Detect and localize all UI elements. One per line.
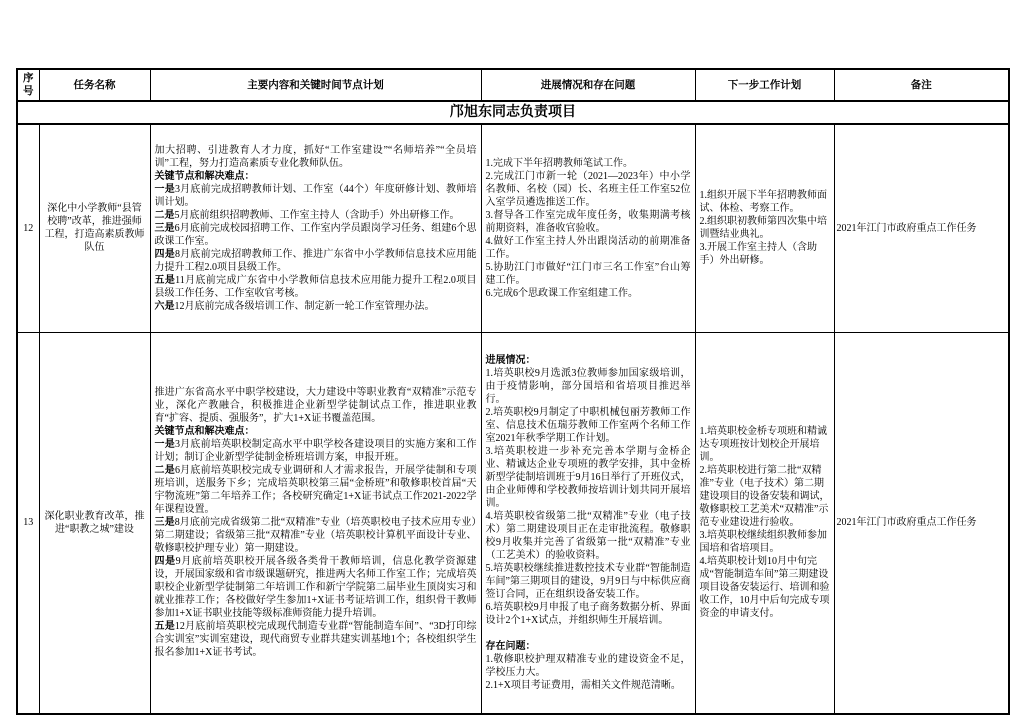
- row-number: 13: [17, 332, 39, 714]
- key-points-list: 一是3月底前培英职校制定高水平中职学校各建设项目的实施方案和工作计划；制订企业新…: [155, 438, 477, 659]
- list-item: 一是3月底前培英职校制定高水平中职学校各建设项目的实施方案和工作计划；制订企业新…: [155, 438, 477, 464]
- header-cell-remark: 备注: [834, 69, 1009, 101]
- work-report-table: 序号 任务名称 主要内容和关键时间节点计划 进展情况和存在问题 下一步工作计划 …: [16, 68, 1010, 715]
- list-item: 1.培英职校9月选派3位教师参加国家级培训，由于疫情影响，部分国培和省培项目推迟…: [486, 367, 691, 406]
- list-item: 六是12月底前完成各级培训工作、制定新一轮工作室管理办法。: [155, 300, 477, 313]
- remark-cell: 2021年江门市政府重点工作任务: [834, 332, 1009, 714]
- list-item: 4.培英职校计划10月中旬完成“智能制造车间”第三期建设项目设备安装运行、培训和…: [700, 555, 830, 620]
- list-item: 1.培英职校金桥专项班和精诚达专项班按计划校企开展培训。: [700, 425, 830, 464]
- list-item: 4.培英职校省级第二批“双精准”专业（电子技术）第二期建设项目正在走审批流程。敬…: [486, 510, 691, 562]
- list-item: 2.1+X项目考证费用，需相关文件规范清晰。: [486, 679, 691, 692]
- content-intro: 加大招聘、引进教育人才力度，抓好“工作室建设”“名师培养”“全员培训”工程，努力…: [155, 144, 477, 170]
- section-title: 邝旭东同志负责项目: [17, 101, 1009, 124]
- problems-list: 1.敬修职校护理双精准专业的建设资金不足，学校压力大。2.1+X项目考证费用，需…: [486, 653, 691, 692]
- list-item: 5.培英职校继续推进数控技术专业群“智能制造车间”第三期项目的建设，9月9日与中…: [486, 562, 691, 601]
- table-header-row: 序号 任务名称 主要内容和关键时间节点计划 进展情况和存在问题 下一步工作计划 …: [17, 69, 1009, 101]
- key-points-label: 关键节点和解决难点：: [155, 425, 477, 438]
- list-item: 三是8月底前完成省级第二批“双精准”专业（培英职校电子技术应用专业）第二期建设；…: [155, 516, 477, 555]
- row-number: 12: [17, 124, 39, 332]
- header-cell-next: 下一步工作计划: [695, 69, 834, 101]
- list-item: 二是5月底前组织招聘教师、工作室主持人（含助手）外出研修工作。: [155, 209, 477, 222]
- next-steps-cell: 1.培英职校金桥专项班和精诚达专项班按计划校企开展培训。2.培英职校进行第二批“…: [695, 332, 834, 714]
- next-steps-cell: 1.组织开展下半年招聘教师面试、体检、考察工作。2.组织职初教师第四次集中培训暨…: [695, 124, 834, 332]
- task-name: 深化中小学教师“县管校聘”改革，推进强师工程，打造高素质教师队伍: [39, 124, 150, 332]
- list-item: 3.培英职校进一步补充完善本学期与金桥企业、精诚达企业专项班的教学安排，其中金桥…: [486, 445, 691, 510]
- list-item: 三是6月底前完成校园招聘工作、工作室内学员跟岗学习任务、组建6个思政课工作室。: [155, 222, 477, 248]
- progress-cell: 进展情况： 1.培英职校9月选派3位教师参加国家级培训，由于疫情影响，部分国培和…: [481, 332, 695, 714]
- list-item: 2.组织职初教师第四次集中培训暨结业典礼。: [700, 215, 830, 241]
- header-cell-task: 任务名称: [39, 69, 150, 101]
- next-steps-list: 1.组织开展下半年招聘教师面试、体检、考察工作。2.组织职初教师第四次集中培训暨…: [700, 189, 830, 267]
- list-item: 2.培英职校9月制定了中职机械包丽芳教师工作室、信息技术伍瑞芬教师工作室两个名师…: [486, 406, 691, 445]
- progress-list: 1.培英职校9月选派3位教师参加国家级培训，由于疫情影响，部分国培和省培项目推迟…: [486, 367, 691, 627]
- table-row: 13 深化职业教育改革，推进“职教之城”建设 推进广东省高水平中职学校建设，大力…: [17, 332, 1009, 714]
- list-item: 四是8月底前完成招聘教师工作、推进广东省中小学教师信息技术应用能力提升工程2.0…: [155, 248, 477, 274]
- key-points-label: 关键节点和解决难点：: [155, 170, 477, 183]
- list-item: 3.培英职校继续组织教师参加国培和省培项目。: [700, 529, 830, 555]
- content-intro: 推进广东省高水平中职学校建设，大力建设中等职业教育“双精准”示范专业，深化产教融…: [155, 386, 477, 425]
- list-item: 3.督导各工作室完成年度任务，收集期满考核前期资料，准备收官验收。: [486, 209, 691, 235]
- list-item: 6.完成6个思政课工作室组建工作。: [486, 287, 691, 300]
- main-content-cell: 加大招聘、引进教育人才力度，抓好“工作室建设”“名师培养”“全员培训”工程，努力…: [150, 124, 481, 332]
- key-points-list: 一是3月底前完成招聘教师计划、工作室（44个）年度研修计划、教师培训计划。二是5…: [155, 183, 477, 313]
- list-item: 1.完成下半年招聘教师笔试工作。: [486, 157, 691, 170]
- list-item: 1.敬修职校护理双精准专业的建设资金不足，学校压力大。: [486, 653, 691, 679]
- list-item: 6.培英职校9月申报了电子商务数据分析、界面设计2个1+X试点，并组织师生开展培…: [486, 601, 691, 627]
- main-content-cell: 推进广东省高水平中职学校建设，大力建设中等职业教育“双精准”示范专业，深化产教融…: [150, 332, 481, 714]
- list-item: 1.组织开展下半年招聘教师面试、体检、考察工作。: [700, 189, 830, 215]
- list-item: 4.做好工作室主持人外出跟岗活动的前期准备工作。: [486, 235, 691, 261]
- problems-section-label: 存在问题：: [486, 640, 691, 653]
- progress-section-label: 进展情况：: [486, 354, 691, 367]
- document-page: 序号 任务名称 主要内容和关键时间节点计划 进展情况和存在问题 下一步工作计划 …: [0, 0, 1024, 724]
- list-item: 二是6月底前培英职校完成专业调研和人才需求报告，开展学徒制和专项班培训，送服务下…: [155, 464, 477, 516]
- task-name: 深化职业教育改革，推进“职教之城”建设: [39, 332, 150, 714]
- progress-cell: 1.完成下半年招聘教师笔试工作。2.完成江门市新一轮（2021—2023年）中小…: [481, 124, 695, 332]
- header-cell-main: 主要内容和关键时间节点计划: [150, 69, 481, 101]
- list-item: 2.培英职校进行第二批“双精准”专业（电子技术）第二期建设项目的设备安装和调试，…: [700, 464, 830, 529]
- list-item: 五是11月底前完成广东省中小学教师信息技术应用能力提升工程2.0项目县级工作任务…: [155, 274, 477, 300]
- list-item: 2.完成江门市新一轮（2021—2023年）中小学名教师、名校（园）长、名班主任…: [486, 170, 691, 209]
- next-steps-list: 1.培英职校金桥专项班和精诚达专项班按计划校企开展培训。2.培英职校进行第二批“…: [700, 425, 830, 620]
- list-item: 一是3月底前完成招聘教师计划、工作室（44个）年度研修计划、教师培训计划。: [155, 183, 477, 209]
- header-cell-progress: 进展情况和存在问题: [481, 69, 695, 101]
- list-item: 3.开展工作室主持人（含助手）外出研修。: [700, 241, 830, 267]
- list-item: 5.协助江门市做好“江门市三名工作室”台山筹建工作。: [486, 261, 691, 287]
- table-row: 12 深化中小学教师“县管校聘”改革，推进强师工程，打造高素质教师队伍 加大招聘…: [17, 124, 1009, 332]
- remark-cell: 2021年江门市政府重点工作任务: [834, 124, 1009, 332]
- progress-list: 1.完成下半年招聘教师笔试工作。2.完成江门市新一轮（2021—2023年）中小…: [486, 157, 691, 300]
- header-cell-no: 序号: [17, 69, 39, 101]
- list-item: 四是9月底前培英职校开展各级各类骨干教师培训，信息化教学资源建设，开展国家级和省…: [155, 555, 477, 620]
- list-item: 五是12月底前培英职校完成现代制造专业群“智能制造车间”、“3D打印综合实训室”…: [155, 620, 477, 659]
- section-header-row: 邝旭东同志负责项目: [17, 101, 1009, 124]
